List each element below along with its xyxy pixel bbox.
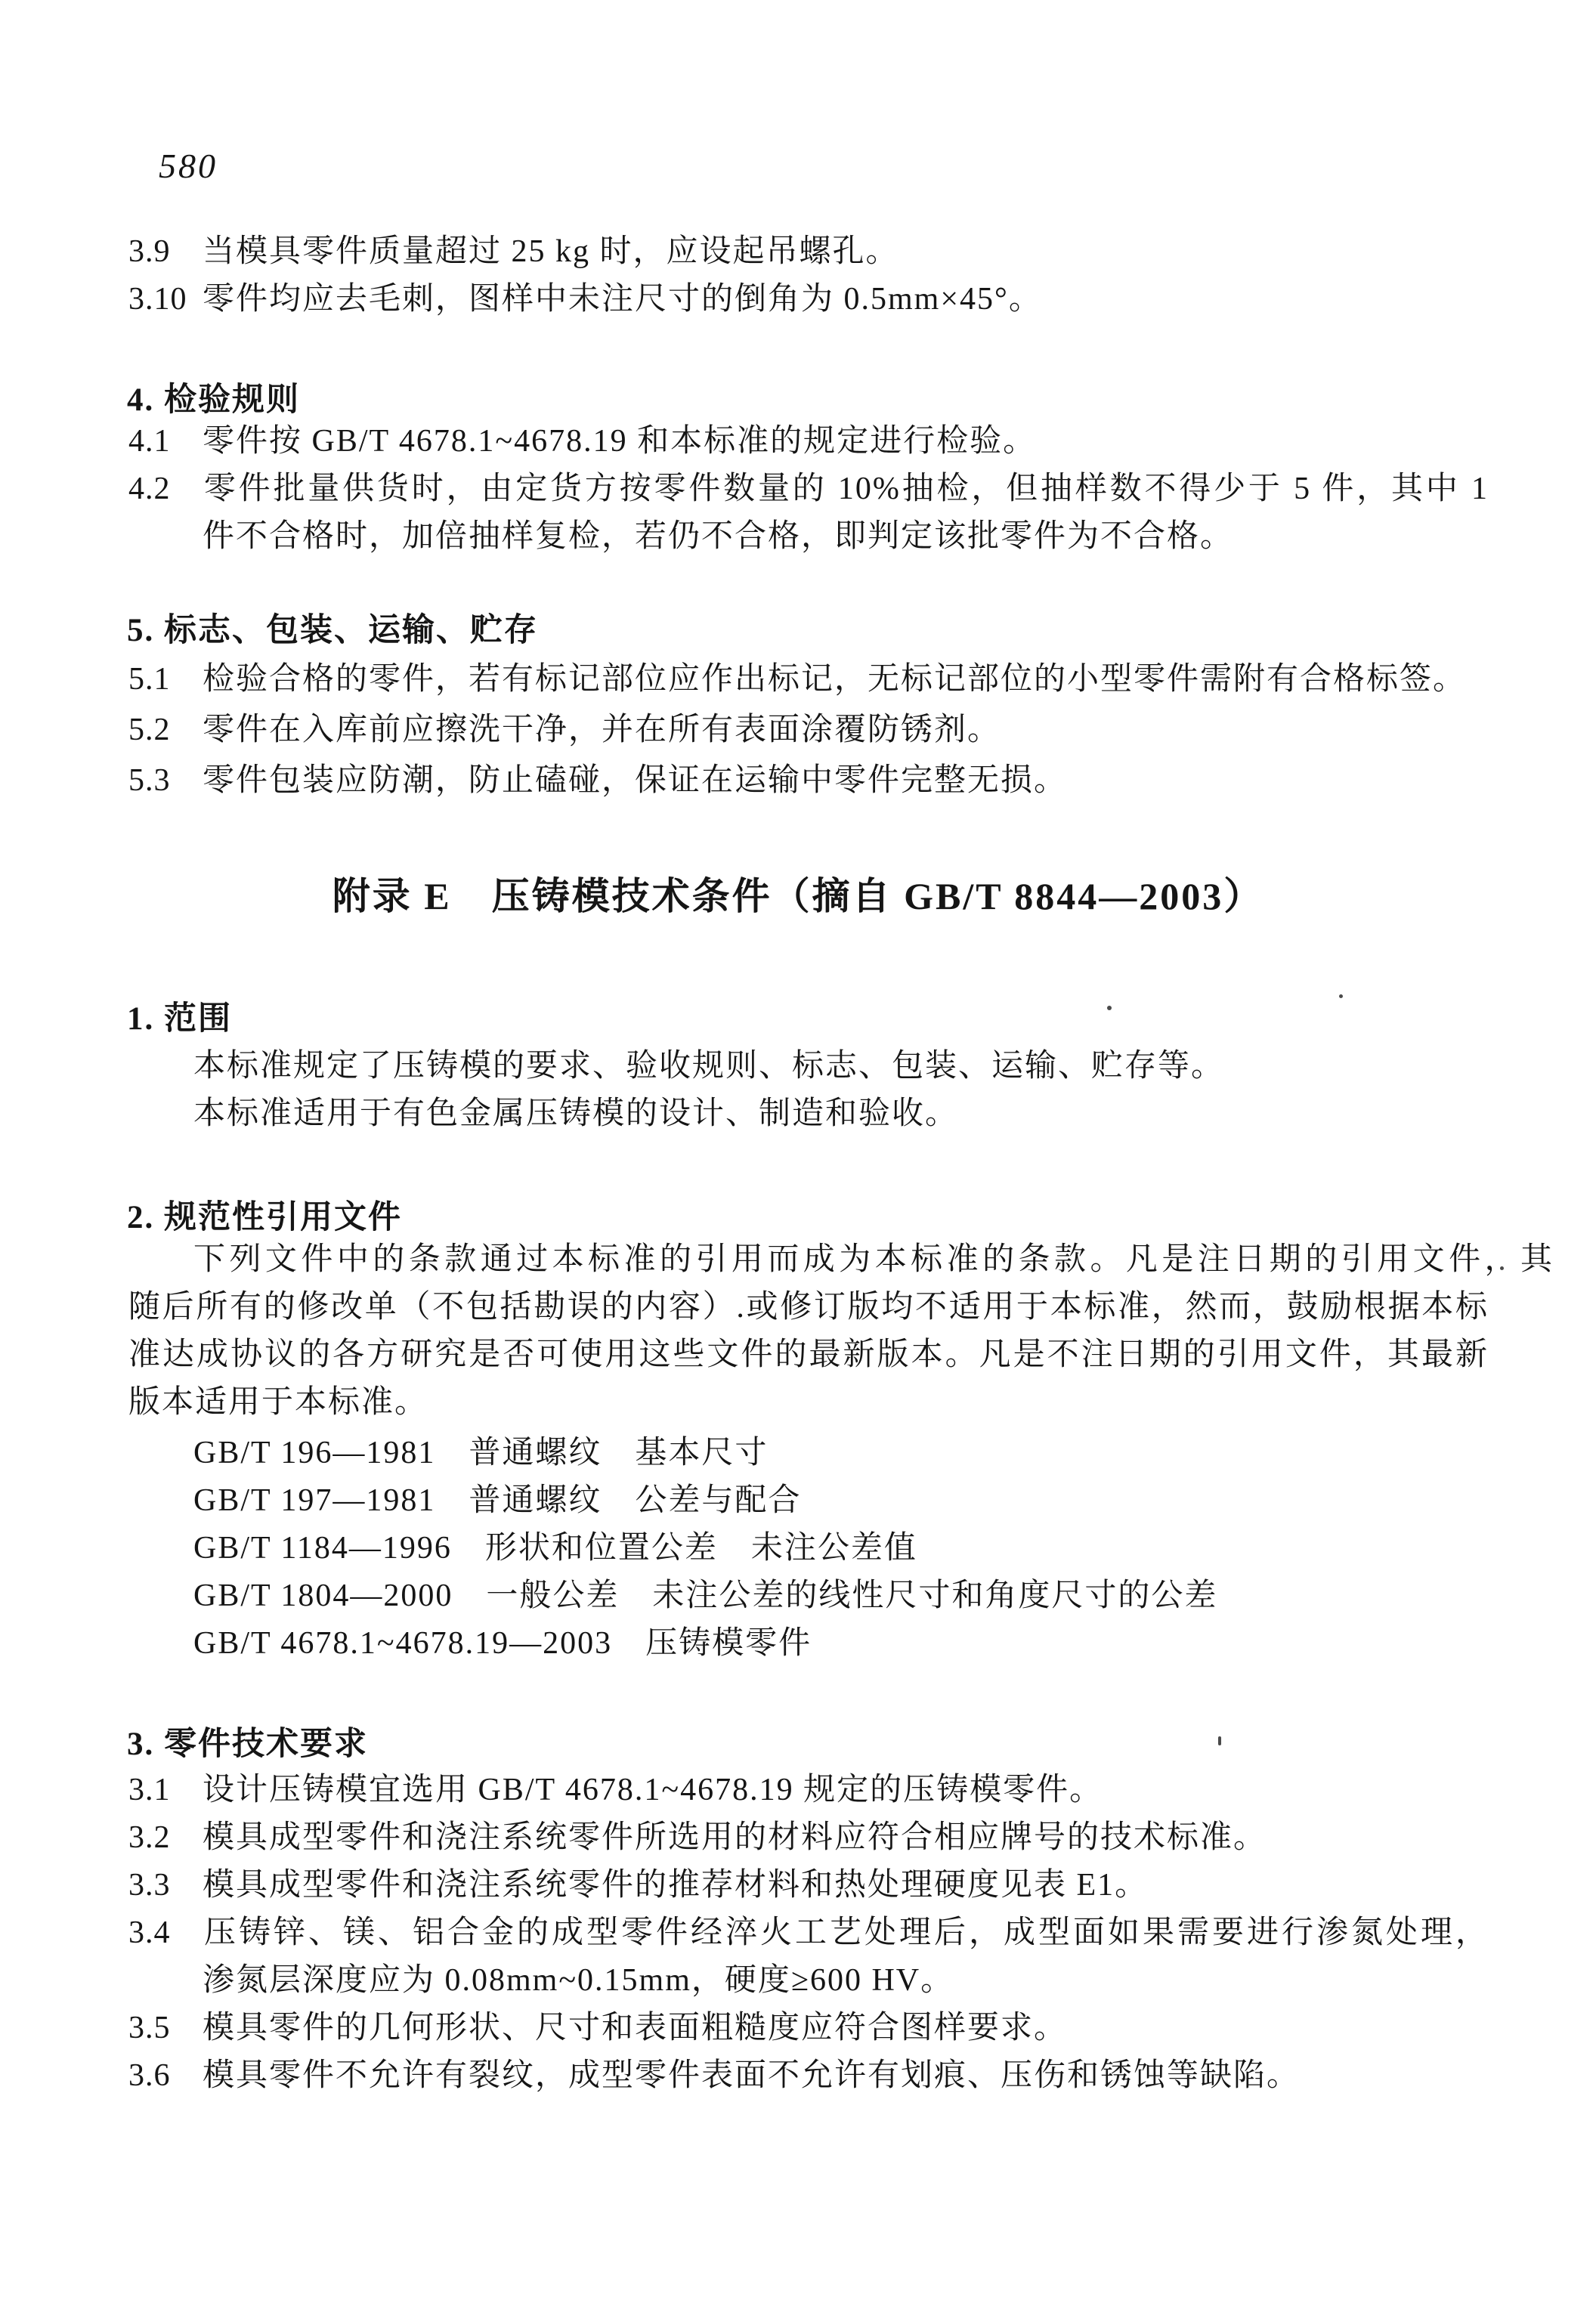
clause-4-1: 4.1零件按 GB/T 4678.1~4678.19 和本标准的规定进行检验。 — [128, 418, 1505, 465]
clause-number: 3.3 — [128, 1862, 203, 1909]
scanned-document-page: 580 3.9当模具零件质量超过 25 kg 时，应设起吊螺孔。 3.10零件均… — [0, 0, 1596, 2297]
clause-text: 零件批量供货时，由定货方按零件数量的 10%抽检，但抽样数不得少于 5 件，其中… — [203, 471, 1489, 506]
paragraph-line: 版本适用于本标准。 — [128, 1379, 1505, 1427]
clause-number: 4.1 — [128, 418, 203, 465]
clause-3-4-line-1: 3.4压铸锌、镁、铝合金的成型零件经淬火工艺处理后，成型面如果需要进行渗氮处理， — [128, 1909, 1489, 1957]
reference-item: GB/T 196—1981 普通螺纹 基本尺寸 — [128, 1430, 1505, 1477]
appendix-title: 附录 E 压铸模技术条件（摘自 GB/T 8844—2003） — [0, 875, 1596, 917]
clause-text: 模具零件的几何形状、尺寸和表面粗糙度应符合图样要求。 — [203, 2011, 1067, 2045]
clause-number: 3.1 — [128, 1767, 203, 1814]
clause-text: 模具零件不允许有裂纹，成型零件表面不允许有划痕、压伤和锈蚀等缺陷。 — [203, 2058, 1300, 2093]
clause-5-1: 5.1检验合格的零件，若有标记部位应作出标记，无标记部位的小型零件需附有合格标签… — [128, 654, 1505, 705]
scope-line: 本标准适用于有色金属压铸模的设计、制造和验收。 — [128, 1090, 1505, 1138]
clause-text: 零件按 GB/T 4678.1~4678.19 和本标准的规定进行检验。 — [203, 424, 1036, 459]
clause-text: 模具成型零件和浇注系统零件所选用的材料应符合相应牌号的技术标准。 — [203, 1820, 1267, 1855]
clause-number: 3.6 — [128, 2052, 203, 2100]
scan-speck — [1218, 1736, 1221, 1745]
section-heading-1: 1. 范围 — [127, 1002, 232, 1037]
page-number: 580 — [159, 147, 218, 186]
section-heading-3: 3. 零件技术要求 — [127, 1727, 368, 1762]
clause-text: 零件在入库前应擦洗干净，并在所有表面涂覆防锈剂。 — [203, 713, 1001, 747]
clause-text: 零件包装应防潮，防止磕碰，保证在运输中零件完整无损。 — [203, 763, 1067, 798]
clause-number: 3.10 — [128, 276, 203, 323]
clause-text: 检验合格的零件，若有标记部位应作出标记，无标记部位的小型零件需附有合格标签。 — [203, 662, 1466, 697]
reference-item: GB/T 197—1981 普通螺纹 公差与配合 — [128, 1477, 1505, 1525]
scan-speck — [1107, 1006, 1112, 1010]
clause-text: 渗氮层深度应为 0.08mm~0.15mm，硬度≥600 HV。 — [203, 1963, 954, 1998]
clause-3-5: 3.5模具零件的几何形状、尺寸和表面粗糙度应符合图样要求。 — [128, 2005, 1505, 2052]
clause-text: 压铸锌、镁、铝合金的成型零件经淬火工艺处理后，成型面如果需要进行渗氮处理， — [203, 1915, 1489, 1950]
scan-speck — [1500, 1266, 1504, 1270]
reference-item: GB/T 1804—2000 一般公差 未注公差的线性尺寸和角度尺寸的公差 — [128, 1572, 1505, 1620]
clause-text: 模具成型零件和浇注系统零件的推荐材料和热处理硬度见表 E1。 — [203, 1868, 1148, 1903]
clauses-4: 4.1零件按 GB/T 4678.1~4678.19 和本标准的规定进行检验。 … — [128, 418, 1505, 561]
scope-line: 本标准规定了压铸模的要求、验收规则、标志、包装、运输、贮存等。 — [128, 1043, 1505, 1090]
clause-5-3: 5.3零件包装应防潮，防止磕碰，保证在运输中零件完整无损。 — [128, 756, 1505, 806]
clause-4-2-line-2: 件不合格时，加倍抽样复检，若仍不合格，即判定该批零件为不合格。 — [128, 513, 1505, 561]
references-list: GB/T 196—1981 普通螺纹 基本尺寸 GB/T 197—1981 普通… — [128, 1430, 1505, 1668]
references-paragraph: 下列文件中的条款通过本标准的引用而成为本标准的条款。凡是注日期的引用文件，其 随… — [128, 1236, 1505, 1427]
reference-item: GB/T 4678.1~4678.19—2003 压铸模零件 — [128, 1620, 1505, 1668]
clauses-3: 3.1设计压铸模宜选用 GB/T 4678.1~4678.19 规定的压铸模零件… — [128, 1767, 1505, 2100]
clause-3-4-line-2: 渗氮层深度应为 0.08mm~0.15mm，硬度≥600 HV。 — [128, 1957, 1505, 2005]
clause-5-2: 5.2零件在入库前应擦洗干净，并在所有表面涂覆防锈剂。 — [128, 705, 1505, 756]
clause-3-6: 3.6模具零件不允许有裂纹，成型零件表面不允许有划痕、压伤和锈蚀等缺陷。 — [128, 2052, 1505, 2100]
clause-3-3: 3.3模具成型零件和浇注系统零件的推荐材料和热处理硬度见表 E1。 — [128, 1862, 1505, 1909]
clause-text: 件不合格时，加倍抽样复检，若仍不合格，即判定该批零件为不合格。 — [203, 519, 1233, 554]
paragraph-line: 下列文件中的条款通过本标准的引用而成为本标准的条款。凡是注日期的引用文件，其 — [128, 1236, 1554, 1284]
clause-number: 3.2 — [128, 1814, 203, 1862]
clause-number: 5.3 — [128, 756, 203, 806]
section-heading-5: 5. 标志、包装、运输、贮存 — [127, 614, 538, 648]
clause-3-1: 3.1设计压铸模宜选用 GB/T 4678.1~4678.19 规定的压铸模零件… — [128, 1767, 1505, 1814]
reference-item: GB/T 1184—1996 形状和位置公差 未注公差值 — [128, 1525, 1505, 1572]
clause-4-2-line-1: 4.2零件批量供货时，由定货方按零件数量的 10%抽检，但抽样数不得少于 5 件… — [128, 465, 1489, 513]
clause-text: 当模具零件质量超过 25 kg 时，应设起吊螺孔。 — [203, 234, 899, 269]
scan-speck — [1339, 994, 1343, 998]
paragraph-line: 准达成协议的各方研究是否可使用这些文件的最新版本。凡是不注日期的引用文件，其最新 — [128, 1331, 1489, 1379]
clause-number: 3.4 — [128, 1909, 203, 1957]
clause-3-9: 3.9当模具零件质量超过 25 kg 时，应设起吊螺孔。 — [128, 228, 1505, 276]
clause-text: 零件均应去毛刺，图样中未注尺寸的倒角为 0.5mm×45°。 — [203, 282, 1042, 317]
scope-paragraph: 本标准规定了压铸模的要求、验收规则、标志、包装、运输、贮存等。 本标准适用于有色… — [128, 1043, 1505, 1138]
clause-3-10: 3.10零件均应去毛刺，图样中未注尺寸的倒角为 0.5mm×45°。 — [128, 276, 1505, 323]
clauses-3-9-3-10: 3.9当模具零件质量超过 25 kg 时，应设起吊螺孔。 3.10零件均应去毛刺… — [128, 228, 1505, 323]
clause-number: 5.1 — [128, 654, 203, 705]
clause-text: 设计压铸模宜选用 GB/T 4678.1~4678.19 规定的压铸模零件。 — [203, 1773, 1103, 1807]
clause-number: 5.2 — [128, 705, 203, 756]
clause-number: 4.2 — [128, 465, 203, 513]
section-heading-4: 4. 检验规则 — [127, 383, 300, 418]
clause-number: 3.9 — [128, 228, 203, 276]
paragraph-line: 随后所有的修改单（不包括勘误的内容）.或修订版均不适用于本标准，然而，鼓励根据本… — [128, 1284, 1489, 1331]
clauses-5: 5.1检验合格的零件，若有标记部位应作出标记，无标记部位的小型零件需附有合格标签… — [128, 654, 1505, 806]
clause-3-2: 3.2模具成型零件和浇注系统零件所选用的材料应符合相应牌号的技术标准。 — [128, 1814, 1505, 1862]
section-heading-2: 2. 规范性引用文件 — [127, 1201, 402, 1235]
clause-number: 3.5 — [128, 2005, 203, 2052]
